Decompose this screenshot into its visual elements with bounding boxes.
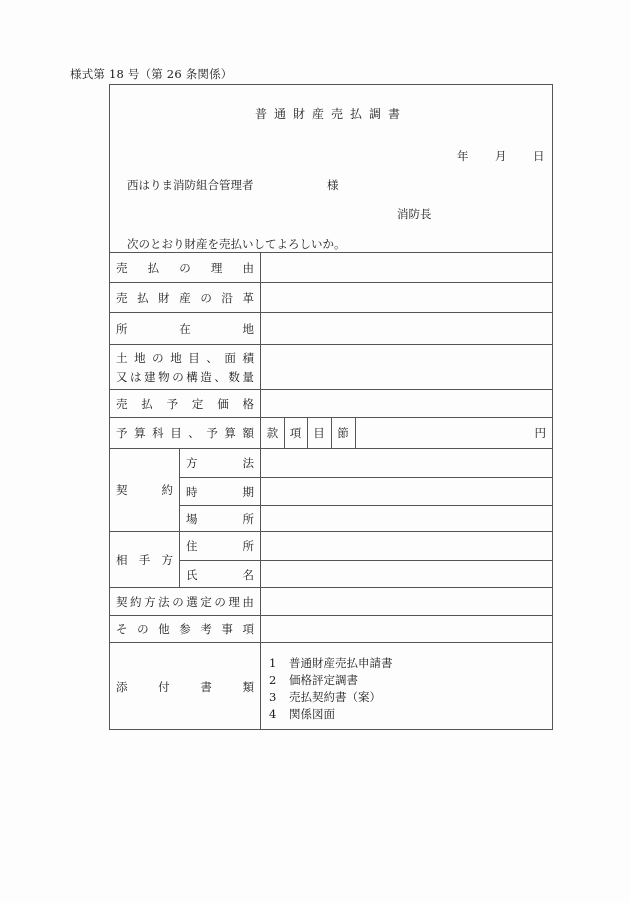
label-char: 建 (144, 369, 156, 385)
label-char: 売 (116, 396, 128, 412)
label-char: 地 (134, 350, 146, 366)
label-char: 払 (141, 396, 153, 412)
label-contract-place: 場所 (180, 506, 261, 532)
honorific: 様 (327, 177, 339, 193)
label-char: 添 (116, 679, 128, 695)
label-char: の (172, 369, 184, 385)
label-char: の (179, 260, 191, 276)
label-char: 他 (158, 621, 170, 637)
label-attachments: 添付書類 (110, 643, 261, 730)
date-day[interactable]: 日 (533, 148, 545, 164)
row-budget: 予算科目、予算額 款 項 目 節 円 (110, 417, 552, 448)
label-char: の (200, 290, 212, 306)
label-char: 理 (211, 260, 223, 276)
label-location: 所在地 (110, 313, 261, 344)
label-char: 所 (243, 511, 255, 527)
label-char: 類 (242, 679, 254, 695)
value-reason[interactable] (261, 253, 552, 282)
label-char: 目 (170, 425, 182, 441)
label-char: そ (116, 621, 128, 637)
label-land: 土地の地目、面積 又は建物の構造、数量 (110, 345, 261, 389)
value-counterparty-name[interactable] (261, 561, 552, 588)
date-line: 年月日 (457, 148, 545, 164)
label-counterparty: 相手方 (110, 532, 180, 587)
label-char: 方 (144, 594, 156, 610)
label-char: 地 (170, 350, 182, 366)
value-other[interactable] (261, 616, 552, 642)
label-char: 産 (179, 290, 191, 306)
label-char: 定 (192, 396, 204, 412)
label-char: 予 (206, 425, 218, 441)
counterparty-name: 氏名 (180, 560, 552, 588)
label-char: 約 (130, 594, 142, 610)
label-char: 所 (243, 538, 255, 554)
label-char: 予 (116, 425, 128, 441)
value-history[interactable] (261, 283, 552, 312)
label-char: 契 (116, 594, 128, 610)
label-char: 科 (152, 425, 164, 441)
budget-moku[interactable]: 目 (307, 418, 332, 448)
label-char: 由 (242, 594, 254, 610)
row-price: 売払予定価格 (110, 389, 552, 417)
label-char: 革 (242, 290, 254, 306)
value-land[interactable] (261, 345, 552, 389)
label-char: 量 (242, 369, 254, 385)
label-char: 在 (179, 321, 191, 337)
label-char: 積 (242, 350, 254, 366)
label-budget: 予算科目、予算額 (110, 418, 261, 448)
label-char: 法 (243, 455, 255, 471)
label-char: は (130, 369, 142, 385)
budget-kou[interactable]: 項 (284, 418, 308, 448)
row-reason: 売払の理由 (110, 252, 552, 282)
label-char: 数 (228, 369, 240, 385)
label-char: 所 (116, 321, 128, 337)
label-char: 時 (186, 484, 198, 500)
row-other: その他参考事項 (110, 615, 552, 642)
label-char: 物 (158, 369, 170, 385)
label-char: の (214, 594, 226, 610)
row-method-reason: 契約方法の選定の理由 (110, 587, 552, 615)
row-counterparty: 相手方 住所 氏名 (110, 531, 552, 587)
row-history: 売払財産の沿革 (110, 282, 552, 312)
budget-yen-unit: 円 (535, 418, 547, 448)
label-char: 土 (116, 350, 128, 366)
label-char: 場 (186, 511, 198, 527)
label-char: 格 (242, 396, 254, 412)
attachment-item: 3売払契約書（案） (269, 689, 393, 706)
label-contract: 契約 (110, 449, 180, 531)
label-char: 法 (158, 594, 170, 610)
label-char: 造 (200, 369, 212, 385)
label-char: 、 (188, 425, 200, 441)
label-char: 方 (186, 455, 198, 471)
label-char: 住 (186, 538, 198, 554)
contract-method: 方法 (180, 449, 552, 477)
label-char: 売 (116, 290, 128, 306)
label-char: 額 (242, 425, 254, 441)
label-char: 理 (228, 594, 240, 610)
label-char: 選 (186, 594, 198, 610)
label-char: 売 (116, 260, 128, 276)
label-reason: 売払の理由 (110, 253, 261, 282)
label-char: 氏 (186, 567, 198, 583)
value-contract-time[interactable] (261, 478, 552, 505)
form-header: 普通財産売払調書 年月日 西はりま消防組合管理者 様 消防長 次のとおり財産を売… (110, 85, 552, 253)
label-char: 期 (243, 484, 255, 500)
label-method-reason: 契約方法の選定の理由 (110, 588, 261, 615)
label-char: 項 (242, 621, 254, 637)
date-year[interactable]: 年 (457, 148, 495, 164)
label-char: 価 (217, 396, 229, 412)
label-char: の (172, 594, 184, 610)
contract-place: 場所 (180, 505, 552, 532)
value-contract-place[interactable] (261, 506, 552, 532)
label-char: 構 (186, 369, 198, 385)
label-char: 手 (139, 552, 151, 568)
attachment-item: 1普通財産売払申請書 (269, 655, 393, 672)
label-char: 考 (200, 621, 212, 637)
label-char: 又 (116, 369, 128, 385)
label-char: 相 (116, 552, 128, 568)
label-char: 沿 (221, 290, 233, 306)
label-history: 売払財産の沿革 (110, 283, 261, 312)
label-char: の (137, 621, 149, 637)
sender: 消防長 (397, 206, 432, 222)
label-char: 事 (221, 621, 233, 637)
label-counterparty-name: 氏名 (180, 561, 261, 588)
value-budget: 款 項 目 節 円 (261, 418, 552, 448)
row-location: 所在地 (110, 312, 552, 344)
label-char: 契 (116, 482, 128, 498)
label-char: 書 (200, 679, 212, 695)
row-contract: 契約 方法 時期 場所 (110, 448, 552, 531)
addressee: 西はりま消防組合管理者 (127, 177, 254, 193)
label-other: その他参考事項 (110, 616, 261, 642)
budget-setsu[interactable]: 節 (331, 418, 356, 448)
label-contract-time: 時期 (180, 478, 261, 505)
value-contract-method[interactable] (261, 449, 552, 477)
attachment-item: 2価格評定調書 (269, 672, 393, 689)
value-counterparty-address[interactable] (261, 532, 552, 560)
label-char: 地 (243, 321, 255, 337)
label-char: 、 (206, 350, 218, 366)
label-char: 約 (162, 482, 174, 498)
row-land: 土地の地目、面積 又は建物の構造、数量 (110, 344, 552, 389)
label-char: 算 (224, 425, 236, 441)
label-char: 算 (134, 425, 146, 441)
label-char: 名 (243, 567, 255, 583)
label-char: 方 (162, 552, 174, 568)
date-month[interactable]: 月 (495, 148, 533, 164)
label-char: 付 (158, 679, 170, 695)
label-char: 払 (137, 290, 149, 306)
contract-time: 時期 (180, 477, 552, 505)
label-contract-method: 方法 (180, 449, 261, 477)
label-char: 払 (148, 260, 160, 276)
value-price[interactable] (261, 390, 552, 417)
form-number: 様式第 18 号（第 26 条関係） (70, 66, 233, 82)
value-method-reason[interactable] (261, 588, 552, 615)
counterparty-address: 住所 (180, 532, 552, 560)
label-char: 予 (167, 396, 179, 412)
label-char: 目 (188, 350, 200, 366)
budget-kan[interactable]: 款 (261, 418, 285, 448)
form-title: 普通財産売払調書 (110, 105, 552, 122)
label-char: 由 (243, 260, 255, 276)
label-price: 売払予定価格 (110, 390, 261, 417)
attachment-list: 1普通財産売払申請書 2価格評定調書 3売払契約書（案） 4関係図面 (269, 655, 393, 723)
label-counterparty-address: 住所 (180, 532, 261, 560)
sale-report-form: 普通財産売払調書 年月日 西はりま消防組合管理者 様 消防長 次のとおり財産を売… (109, 84, 553, 730)
attachment-item: 4関係図面 (269, 706, 393, 723)
label-char: の (152, 350, 164, 366)
lead-text: 次のとおり財産を売払いしてよろしいか。 (127, 236, 346, 252)
label-char: 参 (179, 621, 191, 637)
label-char: 定 (200, 594, 212, 610)
label-char: 面 (224, 350, 236, 366)
value-location[interactable] (261, 313, 552, 344)
label-char: 財 (158, 290, 170, 306)
label-char: 、 (214, 369, 226, 385)
row-attachments: 添付書類 1普通財産売払申請書 2価格評定調書 3売払契約書（案） 4関係図面 (110, 642, 552, 730)
